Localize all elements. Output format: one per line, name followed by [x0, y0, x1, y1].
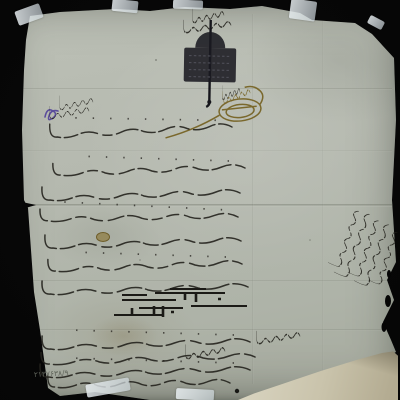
crease-line	[252, 14, 254, 384]
tape-strip	[289, 0, 318, 22]
crease-line	[12, 329, 392, 331]
tape-strip	[367, 15, 385, 30]
crease-line	[12, 280, 392, 282]
photo-stage: ۲۱۳۷۶۳۸/۹	[0, 0, 400, 400]
crease-line	[12, 204, 392, 207]
manuscript-paper	[0, 0, 400, 400]
crease-line	[12, 150, 392, 152]
crease-line	[322, 14, 324, 384]
tape-strip	[173, 0, 203, 10]
crease-line	[12, 88, 392, 90]
tape-strip	[176, 388, 215, 400]
